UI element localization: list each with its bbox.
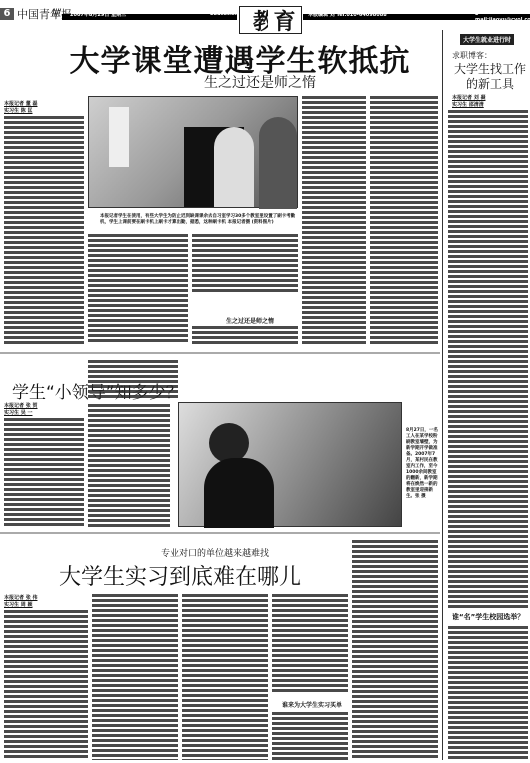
second-byline-intern: 实习生 吴 一 — [4, 409, 84, 416]
lead-photo-caption: 本报记者学生在使用，有些大学生为防止迟到缺课课余去自习室学习30多个教室里设置了… — [100, 214, 300, 226]
second-body-col-2 — [88, 404, 170, 528]
second-byline-reporter: 本报记者 张 贺 — [4, 402, 84, 409]
photo-paper-on-wall — [109, 107, 129, 167]
sidebar-byline: 本报记者 刘 凝 实习生 邵清清 — [452, 94, 528, 108]
third-headline: 大学生实习到底难在哪儿 — [30, 560, 330, 591]
email: E-mail:jiaoyu@cyol.com.cn — [475, 11, 530, 23]
third-body-col-3 — [182, 594, 268, 760]
lead-subtitle: 生之过还是师之惰 — [160, 72, 360, 92]
second-photo — [178, 402, 402, 527]
editor-phone: 本版编辑 刘 Tel:010-64098088 — [308, 11, 387, 18]
second-byline: 本报记者 张 贺 实习生 吴 一 — [4, 402, 84, 416]
third-body-col-5 — [352, 540, 438, 760]
photo-worker-head — [209, 423, 249, 463]
lead-subhead: 生之过还是师之惰 — [210, 316, 290, 325]
bottom-sidebar-body — [448, 626, 528, 760]
lead-body-col-4 — [302, 96, 366, 344]
lead-byline: 本报记者 董 磊 实习生 陈 匡 — [4, 100, 84, 114]
third-kicker: 专业对口的单位越来越难找 — [100, 546, 330, 559]
bottom-sidebar-title: 谁“名”学生校园选举？ — [452, 612, 528, 622]
lead-body-col-2 — [88, 234, 188, 344]
second-body-top — [88, 360, 178, 400]
sidebar-title: 大学生找工作的新工具 — [452, 62, 528, 92]
page-number: 6 — [0, 8, 14, 20]
lead-body-col-3a — [192, 234, 298, 294]
section-divider-2 — [0, 532, 440, 534]
third-body-col-4a — [272, 594, 348, 692]
byline-intern: 实习生 陈 匡 — [4, 107, 84, 114]
masthead: 6 中国青年报 //// 2007年8月29日 星期三 Education 教 … — [0, 6, 530, 20]
photo-student-2 — [259, 117, 297, 209]
section-char-2: 育 — [273, 5, 295, 36]
issue-date: 2007年8月29日 星期三 — [70, 11, 126, 18]
sidebar-byline-intern: 实习生 邵清清 — [452, 101, 528, 108]
third-body-col-2 — [92, 594, 178, 760]
lead-body-col-3b — [192, 326, 298, 344]
second-body-col-1 — [4, 418, 84, 528]
section-title-2: 育 — [268, 6, 302, 34]
sidebar-byline-reporter: 本报记者 刘 凝 — [452, 94, 528, 101]
third-body-col-1 — [4, 610, 88, 760]
section-divider-1 — [0, 352, 440, 354]
sidebar-kicker: 求职博客： — [452, 50, 492, 61]
byline-reporter: 本报记者 董 磊 — [4, 100, 84, 107]
third-body-col-4b — [272, 712, 348, 760]
column-divider — [442, 30, 443, 760]
lead-photo — [88, 96, 298, 208]
third-byline-intern: 实习生 周 颖 — [4, 601, 84, 608]
lead-body-col-1 — [4, 116, 84, 344]
lead-body-col-5 — [370, 96, 438, 344]
third-byline: 本报记者 张 伟 实习生 周 颖 — [4, 594, 84, 608]
section-english: Education — [210, 11, 238, 17]
third-subhead: 谁来为大学生实习买单 — [276, 700, 348, 709]
third-byline-reporter: 本报记者 张 伟 — [4, 594, 84, 601]
second-photo-caption: 8月27日，一名工人在某学校粉刷教室墙壁，为新学期开学做准备。2007年7月，某… — [406, 428, 440, 500]
photo-worker-body — [204, 458, 274, 528]
photo-student-1 — [214, 127, 254, 207]
sidebar-label: 大学生就业进行时 — [460, 34, 514, 45]
sidebar-body — [448, 110, 528, 608]
decorative-slashes: //// — [52, 8, 60, 18]
